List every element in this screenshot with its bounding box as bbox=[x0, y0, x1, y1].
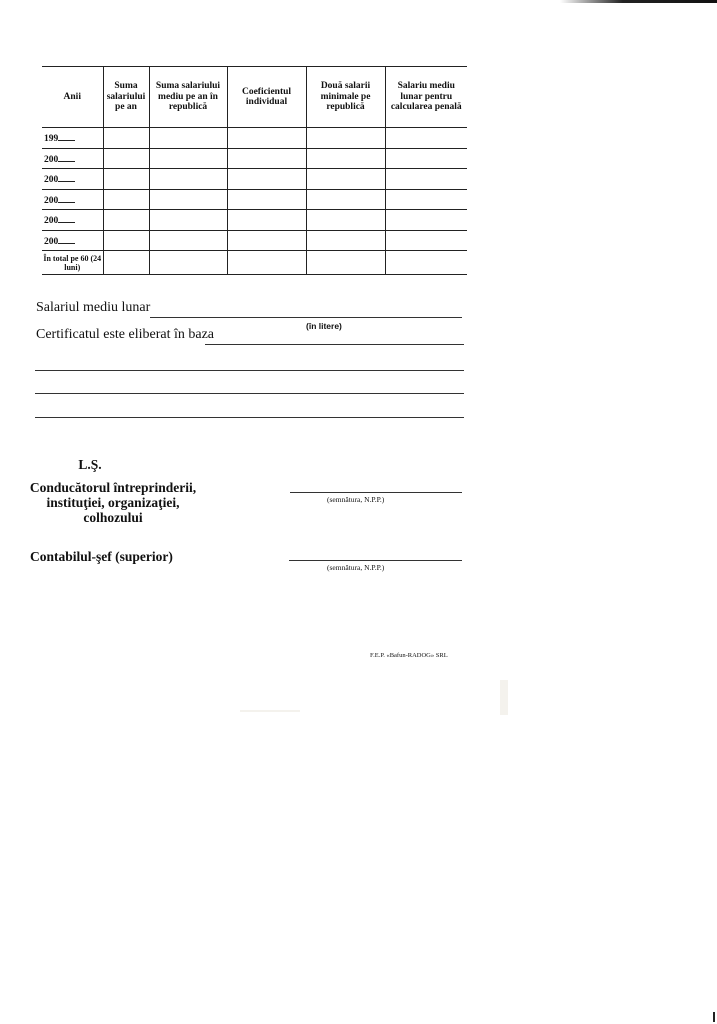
certificate-basis-label: Certificatul este eliberat în baza bbox=[36, 327, 214, 343]
table-row: 200 bbox=[42, 210, 467, 231]
year-prefix: 200 bbox=[44, 155, 58, 165]
table-cell[interactable] bbox=[149, 210, 227, 231]
director-label: Conducătorul întreprinderii, instituţiei… bbox=[28, 480, 198, 525]
table-cell[interactable] bbox=[385, 230, 467, 251]
header-republic-average: Suma salariului mediu pe an în republică bbox=[149, 67, 227, 128]
year-cell[interactable]: 200 bbox=[42, 169, 103, 190]
header-monthly-pension-salary: Salariu mediu lunar pentru calcularea pe… bbox=[385, 67, 467, 128]
table-cell[interactable] bbox=[306, 148, 385, 169]
table-cell[interactable] bbox=[103, 148, 149, 169]
header-two-minimum-salaries: Două salarii minimale pe republică bbox=[306, 67, 385, 128]
total-row: În total pe 60 (24 luni) bbox=[42, 251, 467, 275]
table-cell[interactable] bbox=[385, 128, 467, 149]
total-label: În total pe 60 (24 luni) bbox=[42, 251, 103, 275]
year-blank[interactable] bbox=[58, 213, 75, 223]
scan-edge-mark bbox=[713, 1012, 715, 1022]
certificate-basis-input-line[interactable] bbox=[205, 344, 464, 345]
table-cell[interactable] bbox=[306, 128, 385, 149]
scan-smudge bbox=[240, 710, 300, 712]
header-annual-salary: Suma salariului pe an bbox=[103, 67, 149, 128]
year-cell[interactable]: 200 bbox=[42, 230, 103, 251]
total-cell[interactable] bbox=[149, 251, 227, 275]
year-blank[interactable] bbox=[58, 131, 75, 141]
year-cell[interactable]: 199 bbox=[42, 128, 103, 149]
in-words-hint: (în litere) bbox=[306, 321, 342, 331]
table-cell[interactable] bbox=[227, 230, 306, 251]
table-cell[interactable] bbox=[385, 210, 467, 231]
accountant-label: Contabilul-şef (superior) bbox=[30, 549, 180, 564]
scan-smudge bbox=[500, 680, 508, 715]
total-cell[interactable] bbox=[103, 251, 149, 275]
table-cell[interactable] bbox=[103, 128, 149, 149]
year-prefix: 200 bbox=[44, 196, 58, 206]
director-signature-caption: (semnătura, N.P.P.) bbox=[327, 495, 384, 504]
table-cell[interactable] bbox=[103, 230, 149, 251]
total-cell[interactable] bbox=[385, 251, 467, 275]
table-cell[interactable] bbox=[385, 189, 467, 210]
table-row: 200 bbox=[42, 169, 467, 190]
year-cell[interactable]: 200 bbox=[42, 148, 103, 169]
extra-line-3[interactable] bbox=[35, 417, 464, 418]
year-cell[interactable]: 200 bbox=[42, 210, 103, 231]
table-cell[interactable] bbox=[227, 210, 306, 231]
accountant-signature-caption: (semnătura, N.P.P.) bbox=[327, 563, 384, 572]
extra-line-1[interactable] bbox=[35, 370, 464, 371]
table-cell[interactable] bbox=[149, 148, 227, 169]
table-cell[interactable] bbox=[103, 169, 149, 190]
table-cell[interactable] bbox=[149, 230, 227, 251]
year-blank[interactable] bbox=[58, 172, 75, 182]
table-cell[interactable] bbox=[149, 169, 227, 190]
extra-line-2[interactable] bbox=[35, 393, 464, 394]
header-individual-coefficient: Coeficientul individual bbox=[227, 67, 306, 128]
table-cell[interactable] bbox=[227, 148, 306, 169]
total-cell[interactable] bbox=[227, 251, 306, 275]
table-cell[interactable] bbox=[103, 189, 149, 210]
year-blank[interactable] bbox=[58, 193, 75, 203]
header-years: Anii bbox=[42, 67, 103, 128]
printer-imprint: F.E.P. «Bafun-RADOG» SRL bbox=[370, 652, 448, 659]
table-cell[interactable] bbox=[306, 230, 385, 251]
table-row: 199 bbox=[42, 128, 467, 149]
table-cell[interactable] bbox=[227, 128, 306, 149]
year-blank[interactable] bbox=[58, 152, 75, 162]
table-cell[interactable] bbox=[149, 128, 227, 149]
table-cell[interactable] bbox=[306, 210, 385, 231]
scan-edge-shadow bbox=[560, 0, 717, 3]
year-blank[interactable] bbox=[58, 234, 75, 244]
salary-table: Anii Suma salariului pe an Suma salariul… bbox=[42, 66, 467, 275]
table-cell[interactable] bbox=[227, 189, 306, 210]
average-salary-label: Salariul mediu lunar bbox=[36, 300, 150, 316]
table-cell[interactable] bbox=[385, 148, 467, 169]
table-row: 200 bbox=[42, 148, 467, 169]
stamp-label: L.Ş. bbox=[60, 457, 120, 472]
year-prefix: 200 bbox=[44, 237, 58, 247]
year-prefix: 199 bbox=[44, 134, 58, 144]
table-cell[interactable] bbox=[306, 189, 385, 210]
director-signature-line[interactable] bbox=[290, 492, 462, 493]
table-cell[interactable] bbox=[149, 189, 227, 210]
year-cell[interactable]: 200 bbox=[42, 189, 103, 210]
total-cell[interactable] bbox=[306, 251, 385, 275]
year-prefix: 200 bbox=[44, 216, 58, 226]
year-prefix: 200 bbox=[44, 175, 58, 185]
table-cell[interactable] bbox=[227, 169, 306, 190]
accountant-signature-line[interactable] bbox=[289, 560, 462, 561]
table-row: 200 bbox=[42, 189, 467, 210]
average-salary-input-line[interactable] bbox=[150, 317, 462, 318]
table-header-row: Anii Suma salariului pe an Suma salariul… bbox=[42, 67, 467, 128]
table-cell[interactable] bbox=[103, 210, 149, 231]
table-cell[interactable] bbox=[306, 169, 385, 190]
table-row: 200 bbox=[42, 230, 467, 251]
table-cell[interactable] bbox=[385, 169, 467, 190]
